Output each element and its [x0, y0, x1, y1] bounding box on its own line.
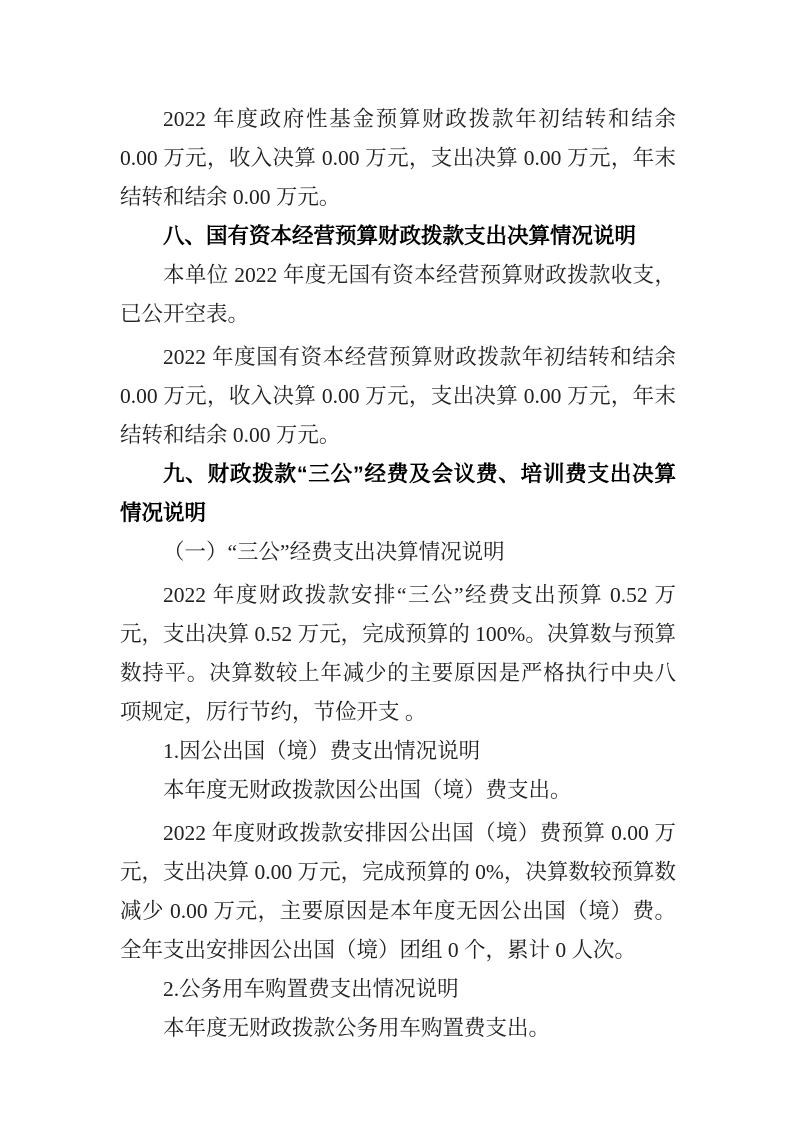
subheading-sangong-expense: （一）“三公”经费支出决算情况说明: [120, 533, 676, 572]
p-no-soe-budget: 本单位 2022 年度无国有资本经营预算财政拨款收支，已公开空表。: [120, 256, 676, 334]
p-no-abroad-fee: 本年度无财政拨款因公出国（境）费支出。: [120, 771, 676, 810]
p-abroad-fee-detail: 2022 年度财政拨款安排因公出国（境）费预算 0.00 万元，支出决算 0.0…: [120, 814, 676, 970]
heading-item-2-vehicle-purchase: 2.公务用车购置费支出情况说明: [120, 970, 676, 1009]
p-gov-fund-balance: 2022 年度政府性基金预算财政拨款年初结转和结余 0.00 万元，收入决算 0…: [120, 100, 676, 217]
p-soe-fund-balance: 2022 年度国有资本经营预算财政拨款年初结转和结余 0.00 万元，收入决算 …: [120, 338, 676, 455]
p-sangong-budget-detail: 2022 年度财政拨款安排“三公”经费支出预算 0.52 万元，支出决算 0.5…: [120, 576, 676, 732]
heading-section-9-sangong-expense: 九、财政拨款“三公”经费及会议费、培训费支出决算情况说明: [120, 455, 676, 533]
document-page: 2022 年度政府性基金预算财政拨款年初结转和结余 0.00 万元，收入决算 0…: [0, 0, 793, 1122]
heading-section-8-soe-budget: 八、国有资本经营预算财政拨款支出决算情况说明: [120, 217, 676, 256]
p-no-vehicle-purchase: 本年度无财政拨款公务用车购置费支出。: [120, 1009, 676, 1048]
heading-item-1-abroad-fee: 1.因公出国（境）费支出情况说明: [120, 732, 676, 771]
